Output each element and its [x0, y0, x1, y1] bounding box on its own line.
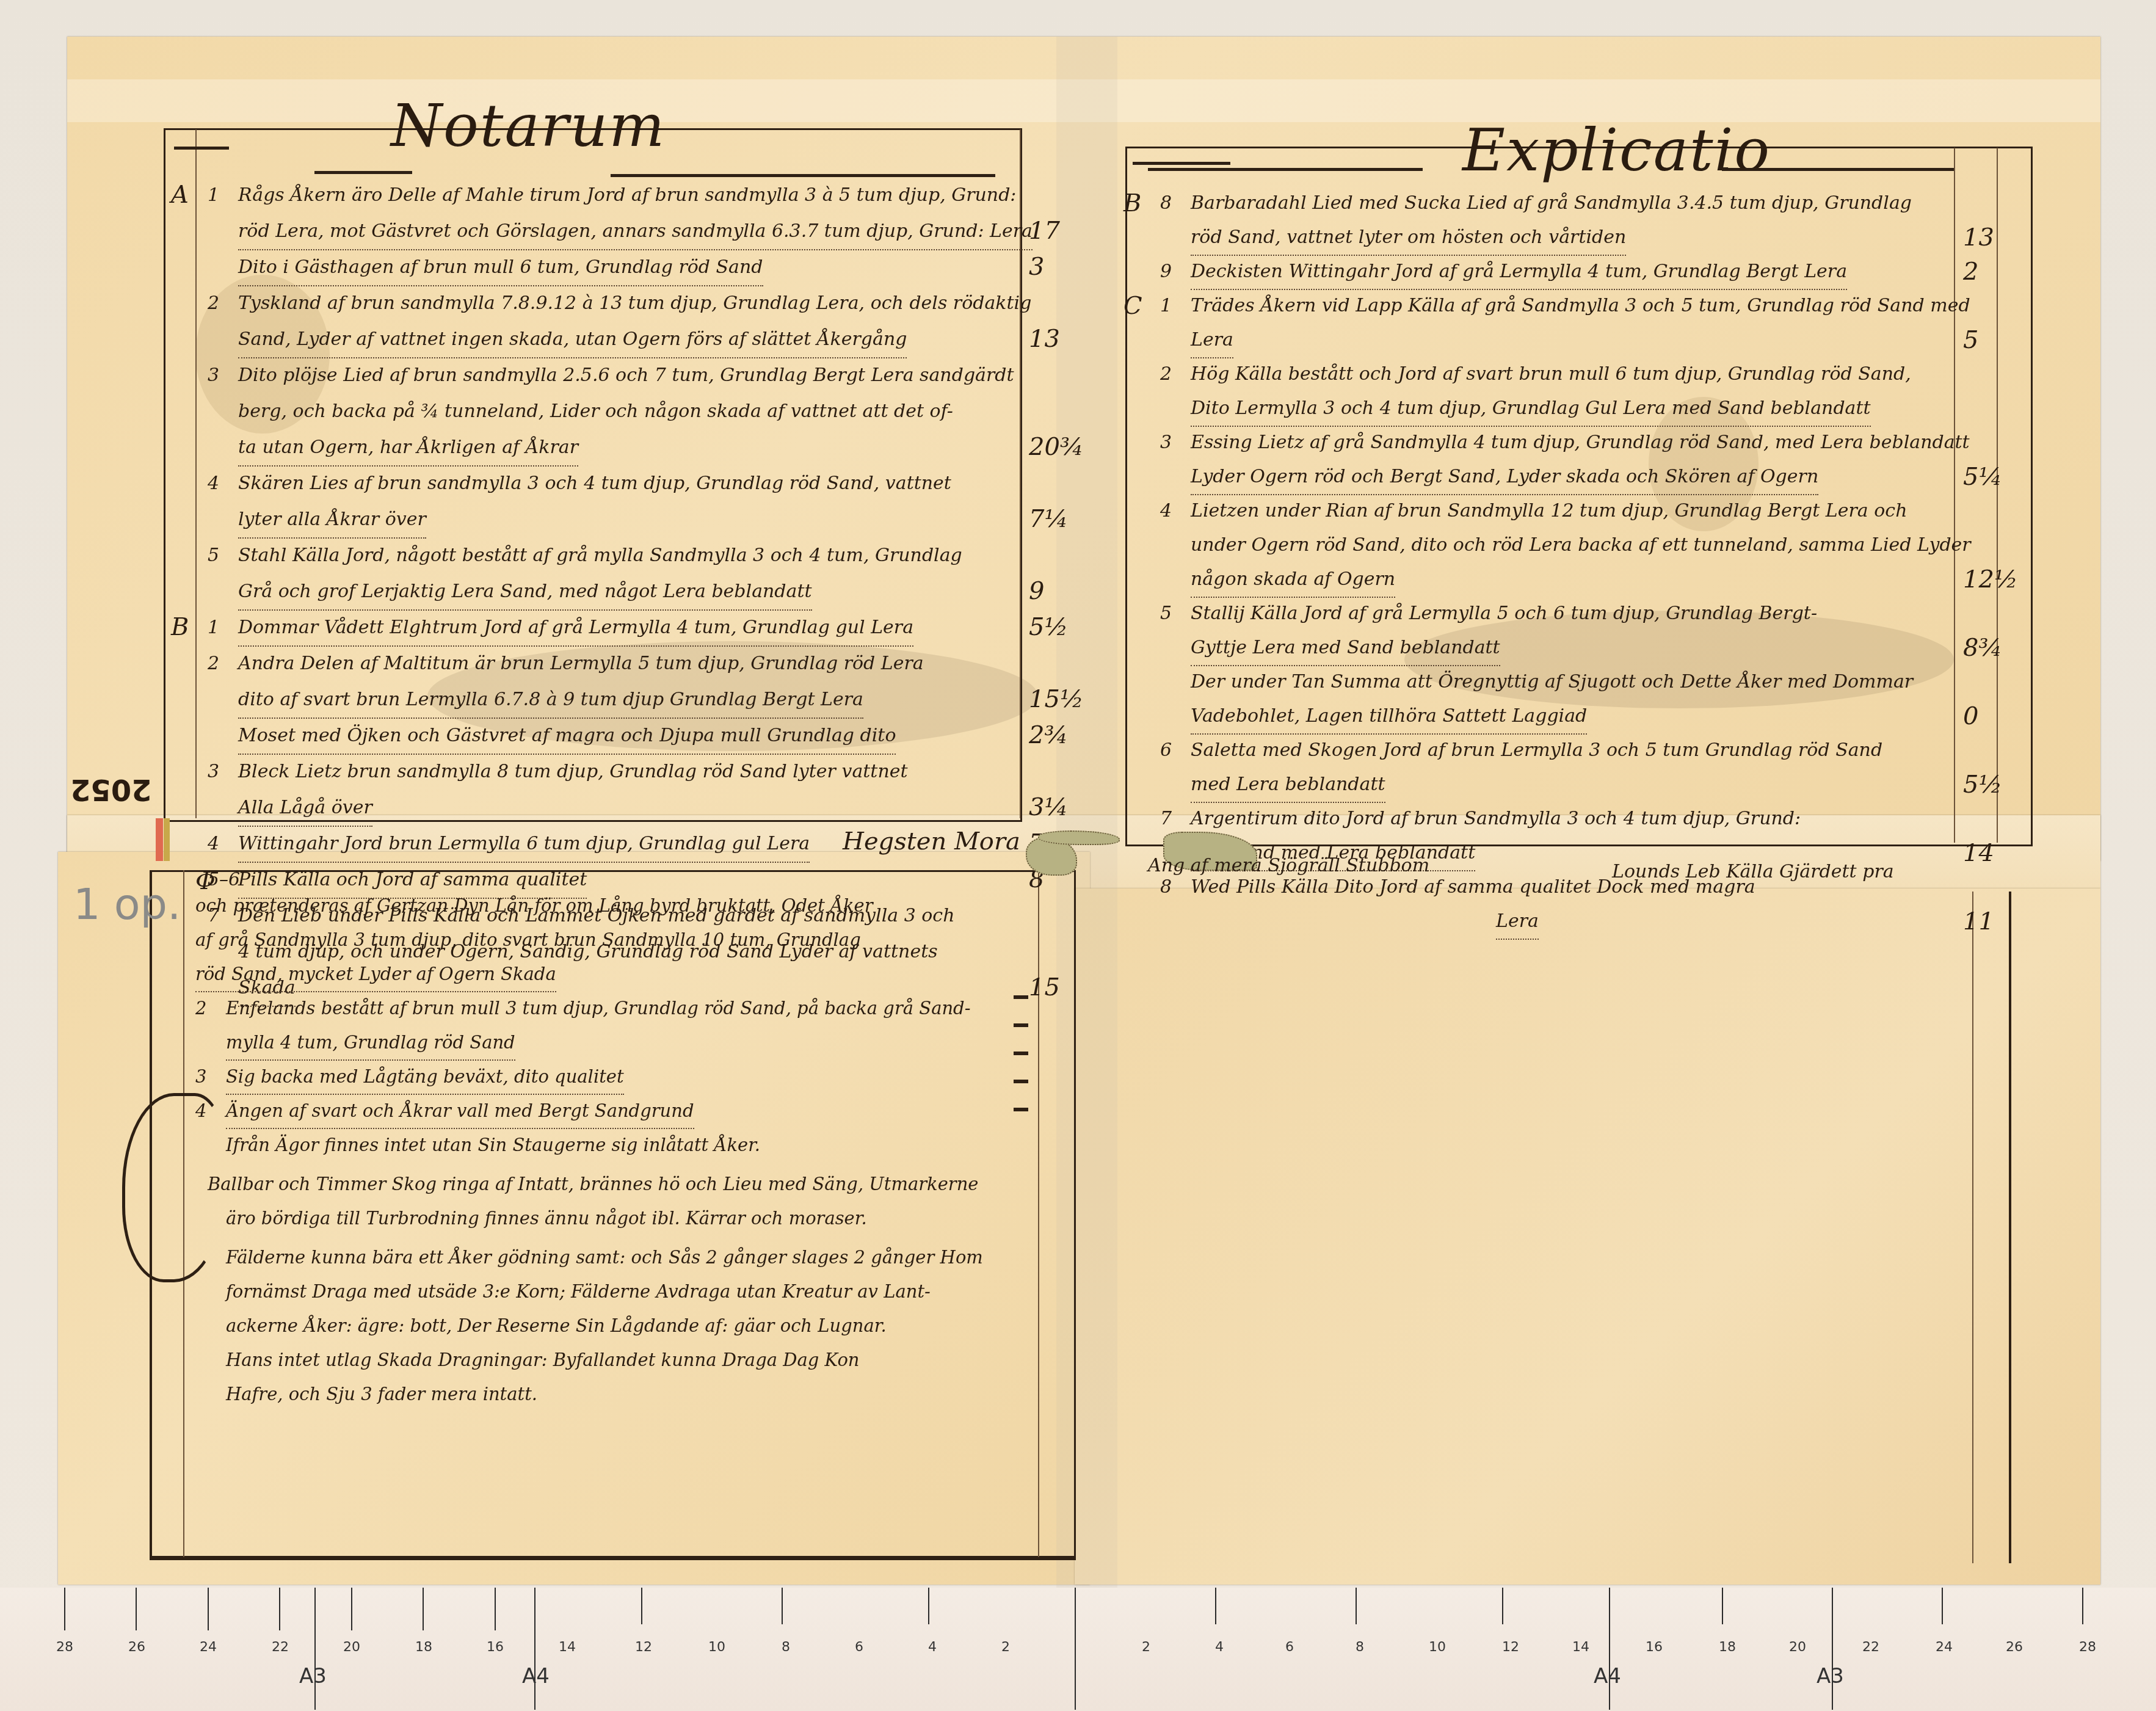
entry-text: Essing Lietz af grå Sandmylla 4 tum djup…: [1191, 426, 1970, 460]
ruler-number: 4: [1215, 1640, 1224, 1655]
ruler-number: 16: [487, 1640, 504, 1655]
entry-row: 7Argentirum dito Jord af brun Sandmylla …: [1160, 802, 1948, 836]
entry-row: 2Hög Källa bestått och Jord af svart bru…: [1160, 357, 1948, 391]
ruler-number: 18: [1719, 1640, 1736, 1655]
entry-text: Stallij Källa Jord af grå Lermylla 5 och…: [1191, 597, 1817, 631]
title-rule: [1722, 168, 1954, 171]
entry-number: 3: [208, 357, 238, 393]
entry-letter: C: [1123, 289, 1142, 323]
catalog-number: 2052: [70, 772, 152, 807]
entry-letter: B: [171, 609, 189, 645]
entry-text: Moset med Öjken och Gästvret af magra oc…: [238, 717, 896, 755]
ruler-number: 20: [1789, 1640, 1806, 1655]
ruler-tick: [782, 1588, 783, 1624]
entry-row: B1Dommar Vådett Elghtrum Jord af grå Ler…: [208, 609, 1014, 645]
ruler-tick: [534, 1588, 535, 1710]
entry-row: Dito Lermylla 3 och 4 tum djup, Grundlag…: [1160, 391, 1948, 426]
ruler-tick: [1215, 1588, 1216, 1624]
entry-row: äro bördiga till Turbrodning finnes ännu…: [195, 1201, 1038, 1240]
ruler-number: 16: [1646, 1640, 1663, 1655]
ruler-label: A4: [522, 1664, 550, 1688]
ruler-tick: [279, 1588, 280, 1630]
entry-row: berg, och backa på ¾ tunneland, Lider oc…: [208, 393, 1014, 429]
value-cell: [1029, 393, 1065, 429]
map-strip-text-right: Lounds Leb Källa Gjärdett pra: [1612, 861, 1894, 882]
title-rule: [314, 171, 412, 174]
entry-number: 6: [1160, 733, 1191, 768]
entry-row: Gyttje Lera med Sand beblandatt: [1160, 631, 1948, 665]
entry-row: ta utan Ogern, har Åkrligen af Åkrar: [208, 429, 1014, 465]
value-cell: 0: [1963, 699, 2000, 733]
right-page-entries: B8Barbaradahl Lied med Sucka Lied af grå…: [1160, 186, 1948, 939]
entry-row: Hafre, och Sju 3 fader mera intatt.: [195, 1377, 1038, 1411]
ruler-number: 10: [708, 1640, 725, 1655]
phi-symbol: Φ: [195, 864, 1038, 888]
ruler-number: 14: [559, 1640, 576, 1655]
entry-row: 3Bleck Lietz brun sandmylla 8 tum djup, …: [208, 754, 1014, 790]
entry-row: Alla Lågå över: [208, 790, 1014, 826]
entry-number: 1: [208, 609, 238, 645]
page-title-notarum: Notarum: [391, 92, 666, 160]
ruler-number: 14: [1572, 1640, 1589, 1655]
ruler-number: 22: [272, 1640, 289, 1655]
entry-row: C1Trädes Åkern vid Lapp Källa af grå San…: [1160, 289, 1948, 323]
entry-text: Grå och grof Lerjaktig Lera Sand, med nå…: [238, 573, 812, 611]
ruler-tick: [208, 1588, 209, 1630]
right-value-column: 13 2 5 5¼ 12½ 8¾ 0 5½ 14 11: [1963, 186, 2000, 939]
ruler-tick: [1832, 1588, 1833, 1710]
entry-row: Fälderne kunna bära ett Åker gödning sam…: [195, 1240, 1038, 1274]
entry-number: 5: [208, 537, 238, 573]
ruler-tick: [314, 1588, 316, 1710]
entry-text: Hög Källa bestått och Jord af svart brun…: [1191, 357, 1911, 391]
ruler-label: A4: [1594, 1664, 1621, 1688]
entry-number: 1: [1160, 289, 1191, 323]
ruler-tick: [1942, 1588, 1943, 1624]
ruler-tick: [1502, 1588, 1503, 1624]
entry-text: Rågs Åkern äro Delle af Mahle tirum Jord…: [238, 177, 1016, 213]
value-cell: 15½: [1029, 681, 1065, 717]
value-cell: 9: [1029, 573, 1065, 609]
entry-row: med Lera beblandatt: [1160, 768, 1948, 802]
ruler-number: 2: [1142, 1640, 1150, 1655]
entry-text: mylla 4 tum, Grundlag röd Sand: [226, 1025, 515, 1061]
map-place-label: Hegsten Mora: [843, 827, 1020, 855]
ruler-number: 18: [415, 1640, 432, 1655]
margin-line: [1972, 892, 1973, 1563]
entry-text: Sig backa med Lågtäng beväxt, dito quali…: [226, 1059, 624, 1095]
entry-text: Gyttje Lera med Sand beblandatt: [1191, 631, 1500, 666]
entry-row: under Ogern röd Sand, dito och röd Lera …: [1160, 528, 1948, 562]
entry-text: Vadebohlet, Lagen tillhöra Sattett Laggi…: [1191, 699, 1587, 735]
value-cell: [1963, 528, 2000, 562]
entry-text: Hans intet utlag Skada Dragningar: Byfal…: [226, 1343, 860, 1377]
ruler-number: 6: [855, 1640, 863, 1655]
entry-text: ta utan Ogern, har Åkrligen af Åkrar: [238, 429, 578, 467]
value-cell: [1963, 289, 2000, 323]
ruler-number: 8: [1356, 1640, 1364, 1655]
ruler-tick: [351, 1588, 352, 1630]
entry-text: Lera: [1191, 323, 1233, 358]
ruler-number: 26: [2006, 1640, 2023, 1655]
entry-number: 1: [208, 177, 238, 213]
bottom-right-sheet: [1075, 888, 2100, 1585]
entry-text: Argentirum dito Jord af brun Sandmylla 3…: [1191, 802, 1801, 836]
entry-text: Wittingahr Jord brun Lermylla 6 tum djup…: [238, 826, 810, 863]
title-rule: [1148, 168, 1423, 171]
entry-text: Deckisten Wittingahr Jord af grå Lermyll…: [1191, 255, 1847, 290]
value-cell: 14: [1963, 836, 2000, 870]
title-rule: [1133, 162, 1230, 165]
entry-text: Dito i Gästhagen af brun mull 6 tum, Gru…: [238, 249, 763, 286]
value-cell: [1029, 285, 1065, 321]
ruler-number: 2: [1001, 1640, 1010, 1655]
entry-number: 2: [1160, 357, 1191, 391]
entry-number: 2: [208, 285, 238, 321]
entry-row: Ballbar och Timmer Skog ringa af Intatt,…: [195, 1167, 1038, 1201]
ruler-tick: [1075, 1588, 1076, 1710]
entry-text: Saletta med Skogen Jord af brun Lermylla…: [1191, 733, 1882, 768]
entry-number: 9: [1160, 255, 1191, 289]
ruler-number: 4: [928, 1640, 937, 1655]
entry-text: Ifrån Ägor finnes intet utan Sin Stauger…: [226, 1128, 760, 1162]
entry-text: ackerne Åker: ägre: bott, Der Reserne Si…: [226, 1309, 887, 1343]
ruler-tick: [64, 1588, 65, 1630]
entry-row: 5Stahl Källa Jord, någott bestått af grå…: [208, 537, 1014, 573]
entry-text: Hafre, och Sju 3 fader mera intatt.: [226, 1377, 537, 1411]
ruler-number: 24: [200, 1640, 217, 1655]
entry-row: Sand, Lyder af vattnet ingen skada, utan…: [208, 321, 1014, 357]
letter-column-line: [195, 129, 197, 818]
value-cell: 5½: [1963, 768, 2000, 802]
entry-row: 4Lietzen under Rian af brun Sandmylla 12…: [1160, 494, 1948, 528]
value-cell: [1963, 357, 2000, 391]
page-title-explicatio: Explicatio: [1462, 116, 1771, 184]
entry-row: 6Saletta med Skogen Jord af brun Lermyll…: [1160, 733, 1948, 768]
entry-row: 2Tyskland af brun sandmylla 7.8.9.12 à 1…: [208, 285, 1014, 321]
entry-row: Dito i Gästhagen af brun mull 6 tum, Gru…: [208, 249, 1014, 285]
entry-row: 4Ängen af svart och Åkrar vall med Bergt…: [195, 1094, 1038, 1128]
entry-row: någon skada af Ogern: [1160, 562, 1948, 597]
bottom-left-entries: Φ och prætenderas af Gertzan Dyn Lån för…: [195, 864, 1038, 1411]
ruler-number: 22: [1862, 1640, 1879, 1655]
red-border-stripe: [156, 818, 163, 861]
ruler-tick: [495, 1588, 496, 1630]
entry-text: Lietzen under Rian af brun Sandmylla 12 …: [1191, 494, 1907, 528]
entry-text: Tyskland af brun sandmylla 7.8.9.12 à 13…: [238, 285, 1031, 321]
entry-text: under Ogern röd Sand, dito och röd Lera …: [1191, 528, 1971, 562]
ruler-tick: [1722, 1588, 1723, 1624]
entry-number: 3: [1160, 426, 1191, 460]
entry-row: och prætenderas af Gertzan Dyn Lån för o…: [195, 888, 1038, 923]
ruler-number: 12: [1502, 1640, 1519, 1655]
value-cell: [1963, 802, 2000, 836]
ruler-number: 8: [782, 1640, 790, 1655]
entry-letter: A: [171, 177, 189, 213]
value-cell: [1029, 357, 1065, 393]
entry-text: Trädes Åkern vid Lapp Källa af grå Sandm…: [1191, 289, 1970, 323]
entry-number: 5: [1160, 597, 1191, 631]
entry-row: 3Dito plöjse Lied af brun sandmylla 2.5.…: [208, 357, 1014, 393]
entry-row: fornämst Draga med utsäde 3:e Korn; Fäld…: [195, 1274, 1038, 1309]
value-cell: 5¼: [1963, 460, 2000, 494]
value-cell: 13: [1029, 321, 1065, 357]
entry-row: Ifrån Ägor finnes intet utan Sin Stauger…: [195, 1128, 1038, 1167]
entry-row: 2Enfelands bestått af brun mull 3 tum dj…: [195, 991, 1038, 1025]
entry-row: 5Stallij Källa Jord af grå Lermylla 5 oc…: [1160, 597, 1948, 631]
value-cell: 2¾: [1029, 717, 1065, 754]
value-cell: [1029, 537, 1065, 573]
value-cell: [1029, 754, 1065, 790]
entry-number: 4: [208, 826, 238, 862]
ruler-number: 26: [128, 1640, 145, 1655]
entry-number: 3: [208, 754, 238, 790]
entry-text: Enfelands bestått af brun mull 3 tum dju…: [226, 991, 970, 1025]
value-cell: 8¾: [1963, 631, 2000, 665]
ruler-number: 28: [2079, 1640, 2096, 1655]
entry-row: Lyder Ogern röd och Bergt Sand, Lyder sk…: [1160, 460, 1948, 494]
ruler-tick: [1609, 1588, 1610, 1710]
entry-text: Dito Lermylla 3 och 4 tum djup, Grundlag…: [1191, 391, 1871, 427]
value-cell: [1963, 733, 2000, 768]
entry-text: Ballbar och Timmer Skog ringa af Intatt,…: [208, 1167, 979, 1201]
value-cell: [1029, 177, 1065, 213]
entry-row: röd Sand, mycket Lyder af Ogern Skada: [195, 957, 1038, 991]
value-cell: [1029, 645, 1065, 681]
value-column-line: [1954, 148, 1955, 843]
value-cell: 11: [1963, 904, 2000, 939]
value-cell: 3¼: [1029, 790, 1065, 826]
value-cell: [1963, 665, 2000, 699]
entry-text: dito af svart brun Lermylla 6.7.8 à 9 tu…: [238, 681, 863, 719]
entry-number: 8: [1160, 186, 1191, 220]
value-cell: 5½: [1029, 609, 1065, 645]
value-cell: 17: [1029, 213, 1065, 249]
entry-row: ackerne Åker: ägre: bott, Der Reserne Si…: [195, 1309, 1038, 1343]
value-cell: [1963, 597, 2000, 631]
dash-markers: [1014, 971, 1028, 1130]
entry-text: fornämst Draga med utsäde 3:e Korn; Fäld…: [226, 1274, 931, 1309]
entry-text: Lyder Ogern röd och Bergt Sand, Lyder sk…: [1191, 460, 1818, 495]
pencil-note: 1 op.: [73, 879, 181, 929]
entry-row: af grå Sandmylla 3 tum djup, dito svart …: [195, 923, 1038, 957]
entry-row: lyter alla Åkrar över: [208, 501, 1014, 537]
map-strip-text-left: Ang af mera Sjögräll Stubbom: [1148, 855, 1429, 876]
entry-text: Lera: [1496, 904, 1539, 940]
entry-text: Bleck Lietz brun sandmylla 8 tum djup, G…: [238, 754, 908, 790]
ruler-number: 10: [1429, 1640, 1446, 1655]
entry-row: röd Sand, vattnet lyter om hösten och vå…: [1160, 220, 1948, 255]
entry-row: Lera: [1160, 323, 1948, 357]
entry-text: Barbaradahl Lied med Sucka Lied af grå S…: [1191, 186, 1912, 220]
entry-text: Sand, Lyder af vattnet ingen skada, utan…: [238, 321, 907, 358]
entry-row: 4Skären Lies af brun sandmylla 3 och 4 t…: [208, 465, 1014, 501]
entry-text: lyter alla Åkrar över: [238, 501, 426, 539]
ruler-number: 28: [56, 1640, 73, 1655]
entry-row: 3Essing Lietz af grå Sandmylla 4 tum dju…: [1160, 426, 1948, 460]
ruler-tick: [136, 1588, 137, 1630]
scale-ruler: 28 26 24 22 20 18 16 14 12 10 8 6 4 2 2 …: [0, 1588, 2156, 1711]
entry-row: 2Andra Delen af Maltitum är brun Lermyll…: [208, 645, 1014, 681]
entry-row: Hans intet utlag Skada Dragningar: Byfal…: [195, 1343, 1038, 1377]
value-cell: [1029, 465, 1065, 501]
value-cell: [1963, 494, 2000, 528]
entry-row: 3Sig backa med Lågtäng beväxt, dito qual…: [195, 1059, 1038, 1094]
margin-line: [2009, 892, 2011, 1563]
entry-text: af grå Sandmylla 3 tum djup, dito svart …: [195, 923, 861, 957]
entry-text: och prætenderas af Gertzan Dyn Lån för o…: [195, 888, 873, 923]
value-cell: 7¼: [1029, 501, 1065, 537]
ruler-tick: [641, 1588, 642, 1624]
entry-text: Dommar Vådett Elghtrum Jord af grå Lermy…: [238, 609, 913, 647]
entry-row: 9Deckisten Wittingahr Jord af grå Lermyl…: [1160, 255, 1948, 289]
yellow-border-stripe: [164, 818, 170, 861]
entry-text: Dito plöjse Lied af brun sandmylla 2.5.6…: [238, 357, 1014, 393]
entry-row: mylla 4 tum, Grundlag röd Sand: [195, 1025, 1038, 1059]
entry-row: B8Barbaradahl Lied med Sucka Lied af grå…: [1160, 186, 1948, 220]
entry-number: 7: [1160, 802, 1191, 836]
entry-text: Skären Lies af brun sandmylla 3 och 4 tu…: [238, 465, 951, 501]
entry-text: berg, och backa på ¾ tunneland, Lider oc…: [238, 393, 953, 429]
entry-row: Lera: [1160, 904, 1948, 939]
value-cell: 13: [1963, 220, 2000, 255]
entry-row: Vadebohlet, Lagen tillhöra Sattett Laggi…: [1160, 699, 1948, 733]
value-cell: 5: [1963, 323, 2000, 357]
value-cell: 20¾: [1029, 429, 1065, 465]
entry-text: med Lera beblandatt: [1191, 768, 1385, 803]
ruler-tick: [423, 1588, 424, 1630]
entry-row: Moset med Öjken och Gästvret af magra oc…: [208, 717, 1014, 754]
ruler-tick: [2082, 1588, 2083, 1624]
entry-text: röd Sand, mycket Lyder af Ogern Skada: [195, 957, 556, 992]
entry-text: någon skada af Ogern: [1191, 562, 1395, 598]
entry-text: Ängen af svart och Åkrar vall med Bergt …: [226, 1094, 694, 1129]
entry-number: 4: [208, 465, 238, 501]
entry-text: Andra Delen af Maltitum är brun Lermylla…: [238, 645, 924, 681]
value-cell: [1963, 391, 2000, 426]
value-cell: 3: [1029, 249, 1065, 285]
ruler-label: A3: [1817, 1664, 1844, 1688]
entry-letter: B: [1123, 186, 1141, 220]
ruler-number: 6: [1285, 1640, 1294, 1655]
entry-row: röd Lera, mot Gästvret och Görslagen, an…: [208, 213, 1014, 249]
value-cell: 2: [1963, 255, 2000, 289]
value-cell: 12½: [1963, 562, 2000, 597]
ruler-number: 24: [1936, 1640, 1953, 1655]
entry-text: Stahl Källa Jord, någott bestått af grå …: [238, 537, 962, 573]
entry-row: Grå och grof Lerjaktig Lera Sand, med nå…: [208, 573, 1014, 609]
value-cell: [1963, 186, 2000, 220]
ruler-tick: [928, 1588, 929, 1624]
entry-text: röd Sand, vattnet lyter om hösten och vå…: [1191, 220, 1626, 256]
calligraphic-flourish: [122, 1093, 226, 1282]
entry-text: Alla Lågå över: [238, 790, 372, 827]
entry-row: A1Rågs Åkern äro Delle af Mahle tirum Jo…: [208, 177, 1014, 213]
entry-number: 3: [195, 1059, 226, 1094]
ruler-label: A3: [299, 1664, 327, 1688]
entry-text: äro bördiga till Turbrodning finnes ännu…: [226, 1201, 867, 1235]
entry-text: Der under Tan Summa att Öregnyttig af Sj…: [1191, 665, 1913, 699]
ruler-number: 20: [343, 1640, 360, 1655]
entry-number: 4: [1160, 494, 1191, 528]
title-rule: [174, 147, 229, 150]
ruler-number: 12: [635, 1640, 652, 1655]
entry-number: 2: [208, 645, 238, 681]
entry-number: 2: [195, 991, 226, 1025]
entry-row: Der under Tan Summa att Öregnyttig af Sj…: [1160, 665, 1948, 699]
entry-row: dito af svart brun Lermylla 6.7.8 à 9 tu…: [208, 681, 1014, 717]
entry-text: röd Lera, mot Gästvret och Görslagen, an…: [238, 213, 1033, 250]
value-cell: [1963, 426, 2000, 460]
ruler-tick: [1356, 1588, 1357, 1624]
entry-text: Fälderne kunna bära ett Åker gödning sam…: [226, 1240, 983, 1274]
value-cell: [1963, 870, 2000, 904]
